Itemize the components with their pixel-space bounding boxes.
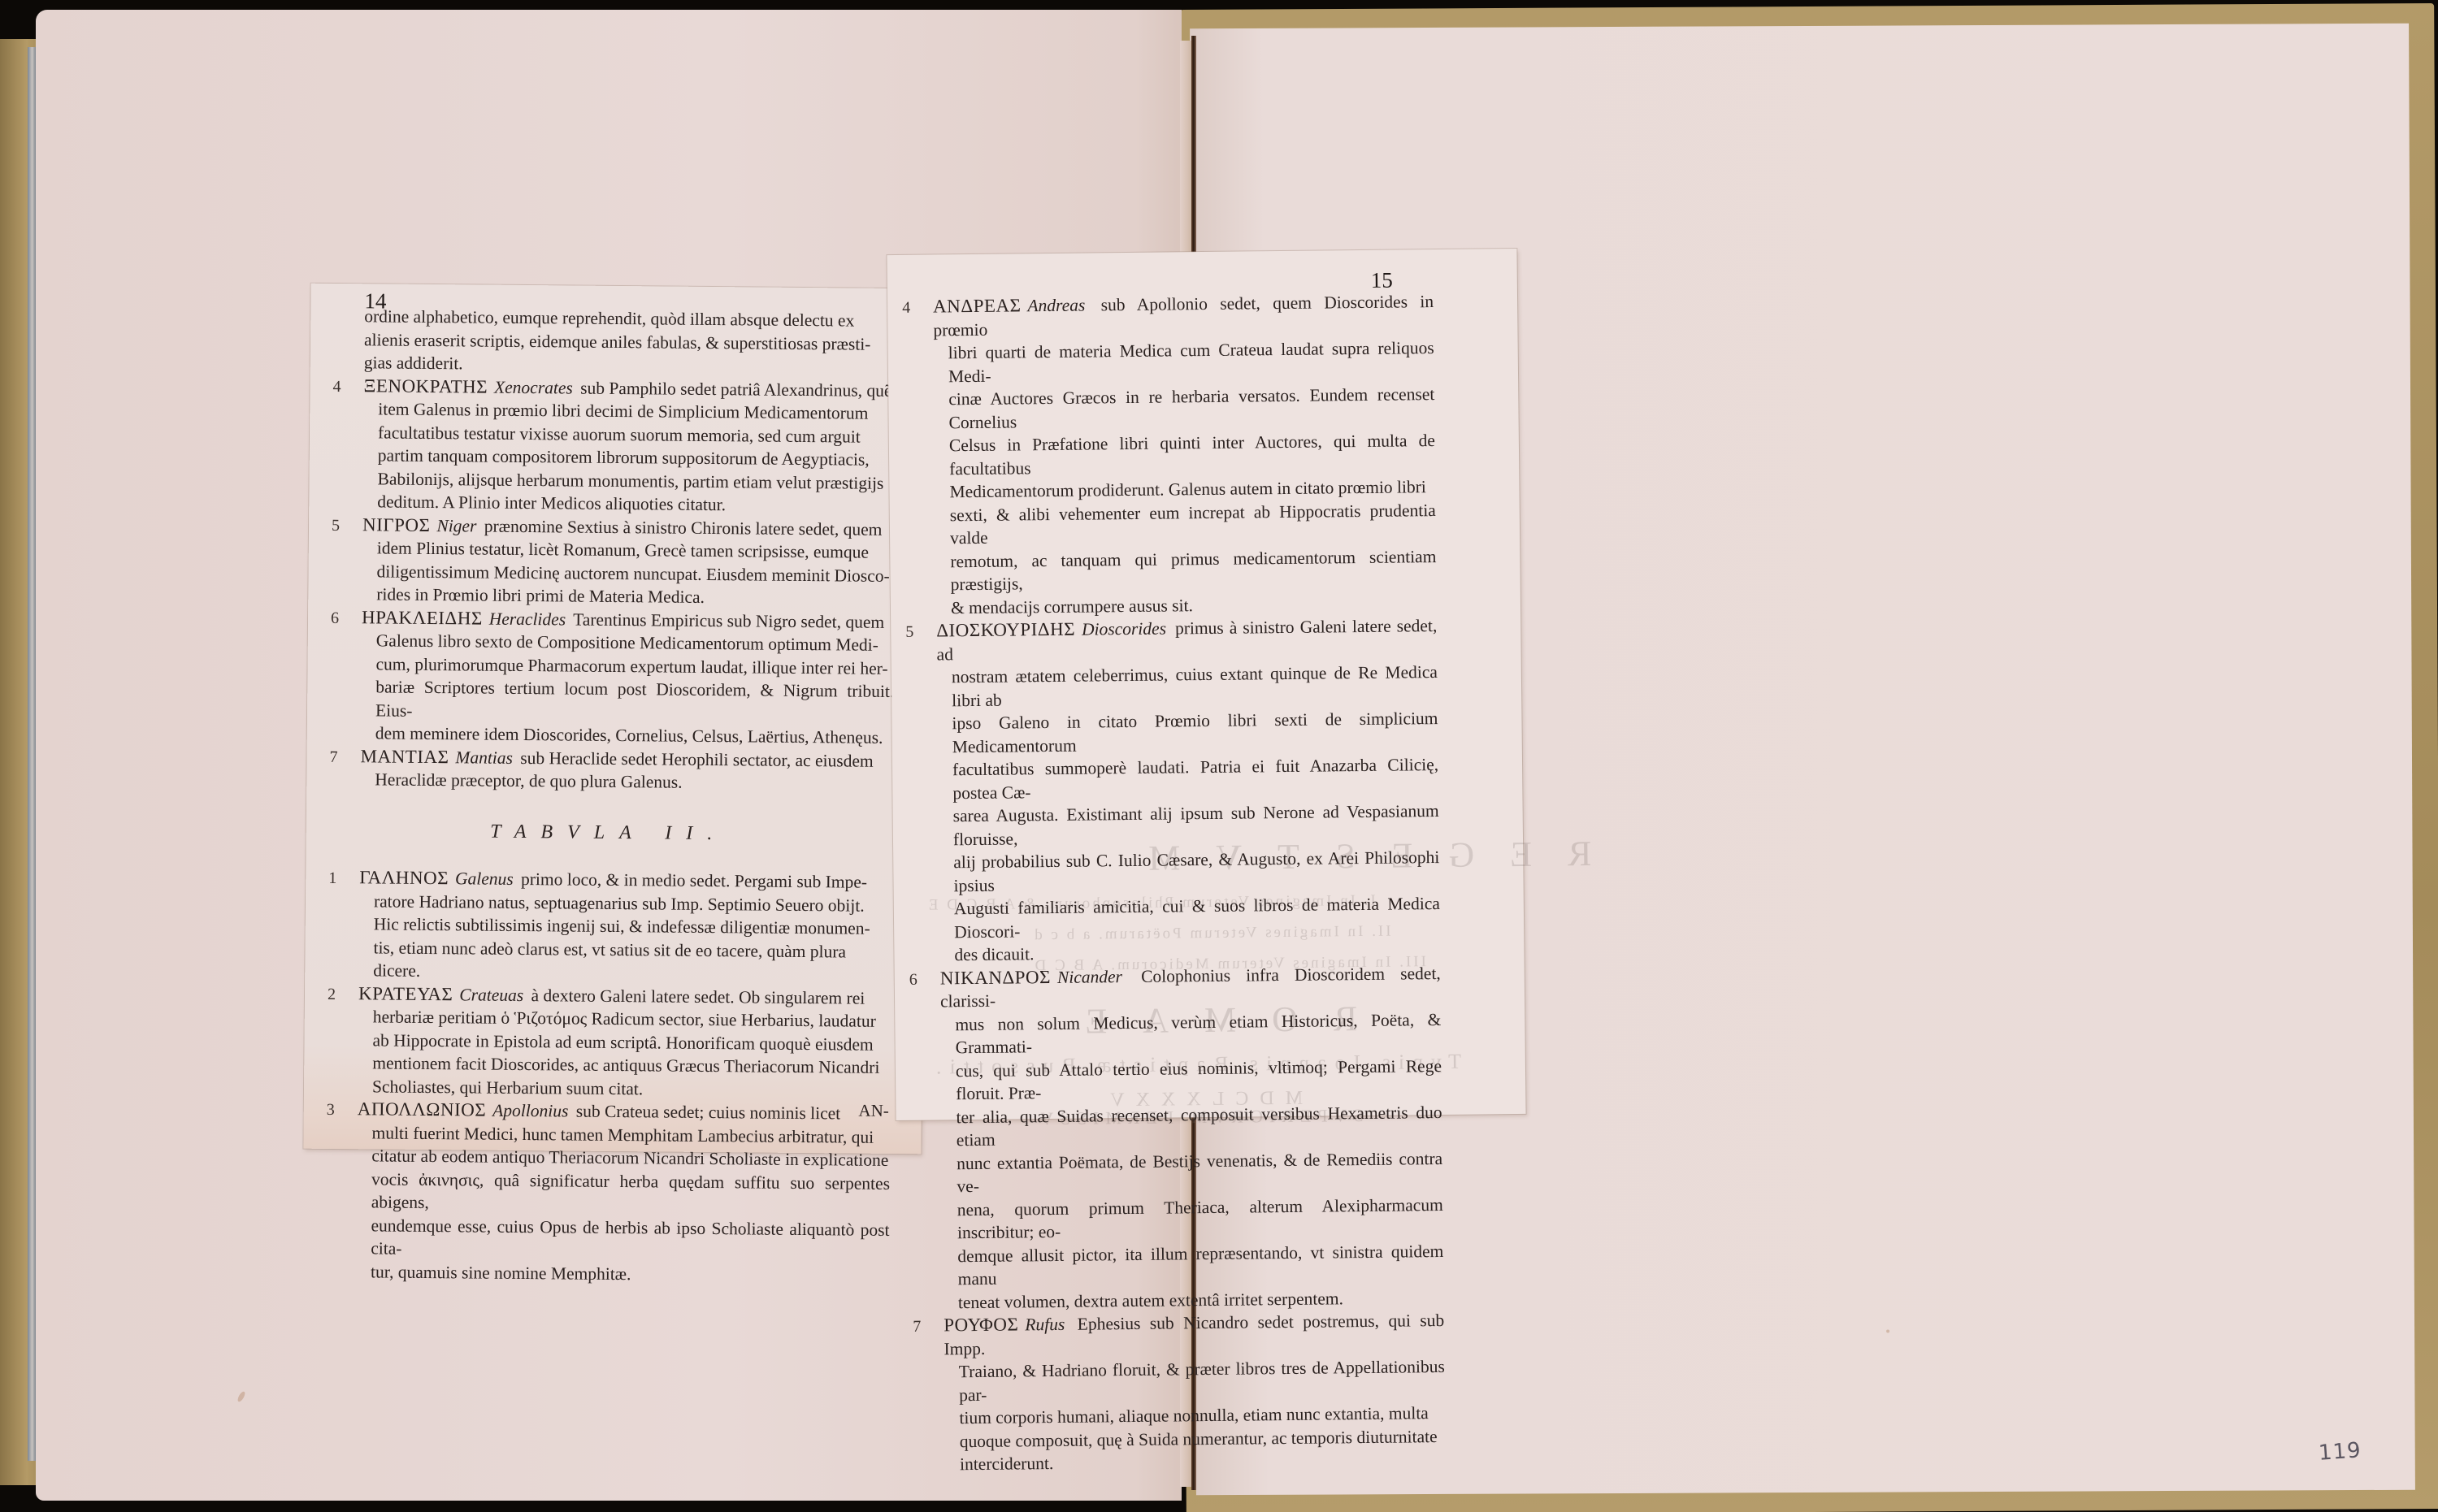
- greek-name: ΝΙΚΑΝΔΡΟΣ: [940, 967, 1051, 988]
- greek-name: ΝΙΓΡΟΣ: [362, 514, 431, 535]
- latin-name: Heraclides: [489, 609, 566, 629]
- entry-nicander: 6 ΝΙΚΑΝΔΡΟΣNicander Colophonius infra Di…: [904, 962, 1444, 1315]
- latin-name: Crateuas: [459, 985, 523, 1005]
- section-heading: TABVLA II.: [324, 818, 893, 847]
- page-number: 15: [1371, 268, 1393, 293]
- latin-name: Nicander: [1057, 967, 1122, 987]
- greek-name: ΓΑΛΗΝΟΣ: [359, 867, 449, 888]
- foxing-spot: [236, 1390, 246, 1402]
- latin-name: Niger: [436, 516, 476, 535]
- latin-name: Dioscorides: [1082, 619, 1166, 639]
- latin-name: Mantias: [455, 747, 513, 768]
- latin-name: Apollonius: [492, 1101, 568, 1121]
- continuation-text: ordine alphabetico, eumque reprehendit, …: [328, 305, 898, 379]
- leaf-text: ordine alphabetico, eumque reprehendit, …: [320, 305, 897, 1288]
- entry-heraclides: 6 ΗΡΑΚΛΕΙΔΗΣHeraclides Tarentinus Empiri…: [325, 605, 895, 749]
- greek-name: ΑΠΟΛΛΩΝΙΟΣ: [358, 1098, 487, 1120]
- latin-name: Rufus: [1025, 1315, 1065, 1335]
- entry-crateuas: 2 ΚΡΑΤΕΥΑΣCrateuas à dextero Galeni late…: [322, 981, 891, 1103]
- entry-galenus: 1 ΓΑΛΗΝΟΣGalenus primo loco, & in medio …: [323, 866, 892, 987]
- greek-name: ΚΡΑΤΕΥΑΣ: [358, 983, 453, 1004]
- entry-niger: 5 ΝΙΓΡΟΣNiger prænomine Sextius à sinist…: [326, 513, 896, 610]
- foxing-spot: [1886, 1330, 1889, 1333]
- entry-apollonius: 3 ΑΠΟΛΛΩΝΙΟΣApollonius sub Crateua sedet…: [320, 1098, 891, 1288]
- printed-leaf-page-15: 15 REGESTVM I. In Imagines Veterum Philo…: [887, 249, 1525, 1120]
- greek-name: ΜΑΝΤΙΑΣ: [360, 746, 449, 767]
- latin-name: Xenocrates: [494, 377, 573, 397]
- entry-andreas: 4 ΑΝΔΡΕΑΣAndreas sub Apollonio sedet, qu…: [897, 290, 1437, 620]
- entry-rufus: 7 ΡΟΥΦΟΣRufus Ephesius sub Nicandro sede…: [908, 1309, 1446, 1476]
- latin-name: Andreas: [1027, 296, 1085, 316]
- entry-mantias: 7 ΜΑΝΤΙΑΣMantias sub Heraclide sedet Her…: [324, 744, 893, 795]
- leaf-text: 4 ΑΝΔΡΕΑΣAndreas sub Apollonio sedet, qu…: [897, 290, 1446, 1476]
- greek-name: ΗΡΑΚΛΕΙΔΗΣ: [362, 607, 483, 628]
- greek-name: ΞΕΝΟΚΡΑΤΗΣ: [363, 375, 488, 396]
- entry-xenocrates: 4 ΞΕΝΟΚΡΑΤΗΣXenocrates sub Pamphilo sede…: [327, 374, 896, 518]
- greek-name: ΔΙΟΣΚΟΥΡΙΔΗΣ: [936, 619, 1075, 641]
- greek-name: ΑΝΔΡΕΑΣ: [933, 295, 1022, 316]
- greek-name: ΡΟΥΦΟΣ: [944, 1314, 1018, 1335]
- entry-dioscorides: 5 ΔΙΟΣΚΟΥΡΙΔΗΣDioscorides primus à sinis…: [900, 614, 1440, 967]
- catchword: AN-: [858, 1101, 889, 1121]
- printed-leaf-page-14: 14 ordine alphabetico, eumque reprehendi…: [303, 284, 928, 1155]
- pencil-folio-number: 119: [2318, 1438, 2362, 1466]
- latin-name: Galenus: [455, 869, 514, 889]
